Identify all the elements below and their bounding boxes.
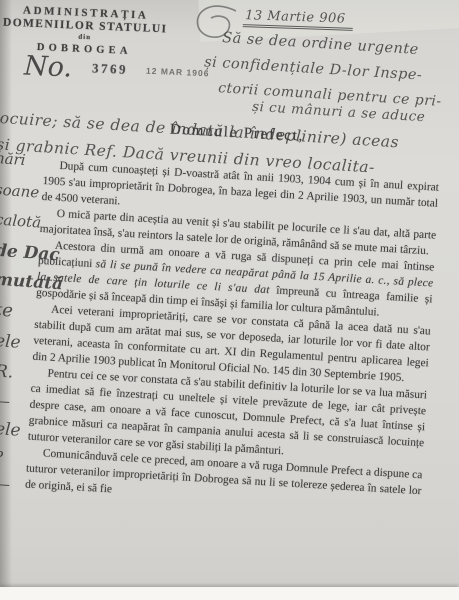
letter-body: După cum cunoașteți și D-voastră atât în… [25, 157, 440, 515]
document-number-label: No. [23, 51, 72, 84]
scanned-letter: ADMINISTRAȚIA DOMENIILOR STATULUI din DO… [0, 0, 459, 600]
date-stamp: 12 MAR 1906 [146, 66, 210, 79]
scan-bottom-margin [0, 587, 459, 600]
handwritten-date: 13 Martie 906 [243, 8, 354, 31]
document-number-value: 3769 [92, 60, 129, 76]
scan-edge-shadow [0, 0, 12, 587]
